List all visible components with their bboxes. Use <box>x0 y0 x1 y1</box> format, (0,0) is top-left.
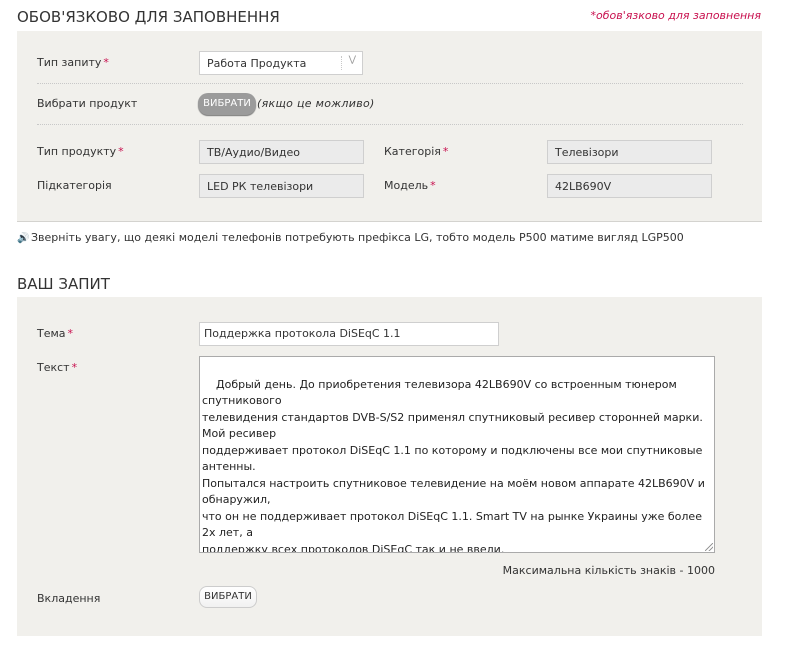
chevron-down-icon: ⋁ <box>349 55 356 65</box>
model-field[interactable]: 42LB690V <box>547 174 712 198</box>
text-value: Добрый день. До приобретения телевизора … <box>202 378 708 554</box>
text-textarea[interactable]: Добрый день. До приобретения телевизора … <box>199 356 715 553</box>
text-label: Текст* <box>37 361 77 374</box>
product-type-label: Тип продукту* <box>37 145 124 158</box>
subcategory-field[interactable]: LED РК телевізори <box>199 174 364 198</box>
subject-label: Тема* <box>37 327 73 340</box>
resize-handle-icon[interactable] <box>705 543 713 551</box>
request-type-label: Тип запиту* <box>37 56 109 69</box>
choose-product-label: Вибрати продукт <box>37 97 137 110</box>
attachment-label: Вкладення <box>37 592 100 605</box>
divider <box>37 83 743 84</box>
choose-product-hint: (якщо це можливо) <box>257 97 375 110</box>
speaker-icon: 🔊 <box>17 233 31 244</box>
subcategory-label: Підкатегорія <box>37 179 112 192</box>
subject-input[interactable]: Поддержка протокола DiSEqC 1.1 <box>199 322 499 346</box>
category-field[interactable]: Телевізори <box>547 140 712 164</box>
required-fields-panel: Тип запиту* Работа Продукта ⋁ Вибрати пр… <box>17 31 762 222</box>
max-chars-counter: Максимальна кількість знаків - 1000 <box>503 564 715 577</box>
request-type-value: Работа Продукта <box>207 57 306 70</box>
attachment-choose-button[interactable]: ВИБРАТИ <box>199 586 257 608</box>
required-section-title: ОБОВ'ЯЗКОВО ДЛЯ ЗАПОВНЕННЯ <box>17 8 280 26</box>
request-section-title: ВАШ ЗАПИТ <box>17 275 110 293</box>
request-panel: Тема* Поддержка протокола DiSEqC 1.1 Тек… <box>17 297 762 636</box>
divider <box>37 124 743 125</box>
notice-text: Зверніть увагу, що деякі моделі телефоні… <box>31 231 684 244</box>
request-type-select[interactable]: Работа Продукта ⋁ <box>199 51 363 75</box>
choose-product-button[interactable]: ВИБРАТИ <box>198 93 256 115</box>
category-label: Категорія* <box>384 145 448 158</box>
model-label: Модель* <box>384 179 436 192</box>
product-type-field[interactable]: ТВ/Аудио/Видео <box>199 140 364 164</box>
required-note: *обов'язково для заповнення <box>590 9 761 22</box>
notice: 🔊Зверніть увагу, що деякі моделі телефон… <box>17 231 684 244</box>
